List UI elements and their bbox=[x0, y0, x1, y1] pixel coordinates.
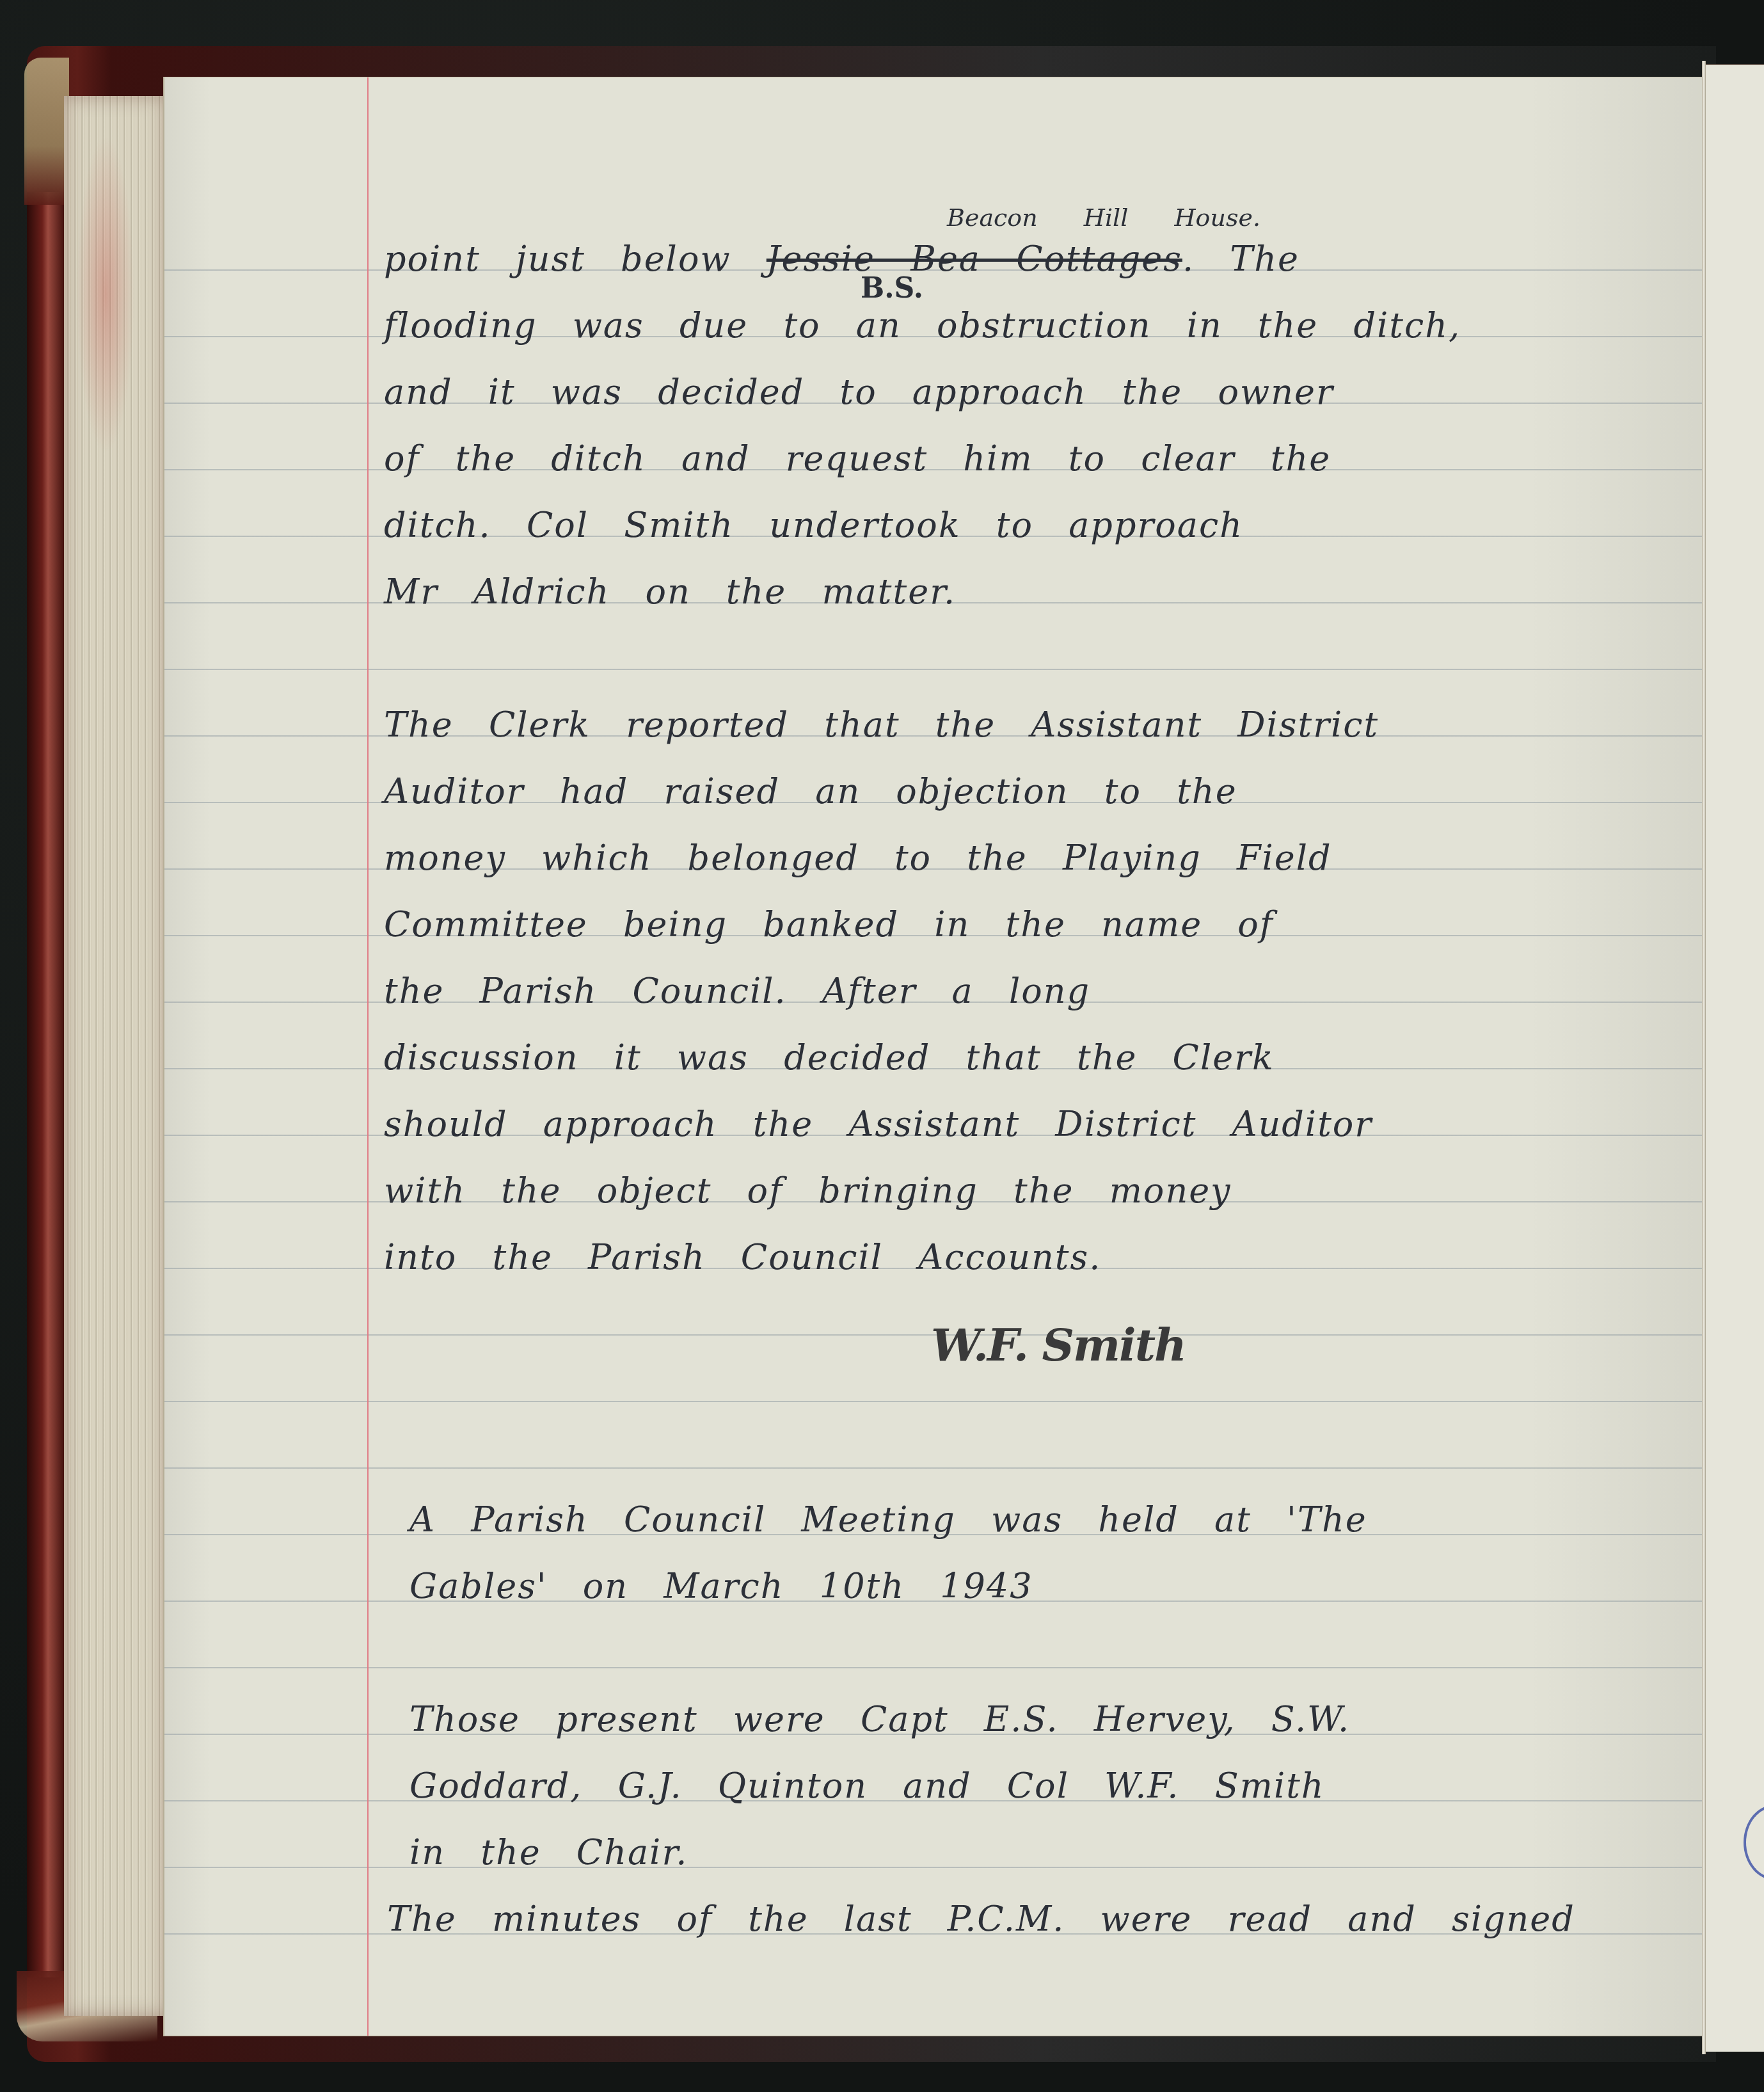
facing-page-edge bbox=[1706, 64, 1764, 2052]
minutes-line: The minutes of the last P.C.M. were read… bbox=[387, 1902, 1575, 1936]
attendance-line: in the Chair. bbox=[409, 1835, 688, 1870]
first-line-after: . The bbox=[1182, 239, 1299, 279]
meeting-line: A Parish Council Meeting was held at 'Th… bbox=[409, 1503, 1367, 1537]
text-line: into the Parish Council Accounts. bbox=[384, 1240, 1101, 1275]
first-line-before: point just below bbox=[384, 239, 731, 279]
text-line: should approach the Assistant District A… bbox=[384, 1107, 1372, 1142]
chairman-signature: W.F. Smith bbox=[931, 1318, 1186, 1371]
page-block-edges bbox=[64, 96, 166, 2016]
text-line: discussion it was decided that the Clerk bbox=[384, 1041, 1275, 1075]
text-line: flooding was due to an obstruction in th… bbox=[384, 308, 1461, 343]
text-line: The Clerk reported that the Assistant Di… bbox=[384, 708, 1379, 742]
red-margin-rule bbox=[367, 77, 369, 2036]
meeting-line: Gables' on March 10th 1943 bbox=[409, 1569, 1033, 1604]
text-line: with the object of bringing the money bbox=[384, 1174, 1232, 1208]
attendance-line: Those present were Capt E.S. Hervey, S.W… bbox=[409, 1702, 1350, 1737]
text-line: of the ditch and request him to clear th… bbox=[384, 442, 1331, 476]
handwritten-insertion: Beacon Hill House. bbox=[947, 204, 1260, 232]
text-line: Auditor had raised an objection to the bbox=[384, 774, 1237, 809]
text-line: money which belonged to the Playing Fiel… bbox=[384, 841, 1332, 875]
worn-cover-corner-top bbox=[24, 58, 69, 205]
attendance-line: Goddard, G.J. Quinton and Col W.F. Smith bbox=[409, 1769, 1325, 1803]
text-line-first: point just below Jessie Bea Cottages. Th… bbox=[384, 242, 1299, 276]
text-line: ditch. Col Smith undertook to approach bbox=[384, 508, 1243, 543]
struck-through-text: Jessie Bea Cottages bbox=[767, 239, 1182, 279]
text-line: Committee being banked in the name of bbox=[384, 907, 1274, 942]
text-line: Mr Aldrich on the matter. bbox=[384, 575, 956, 609]
cover-spine-edge bbox=[27, 192, 65, 1977]
text-line: and it was decided to approach the owner bbox=[384, 375, 1334, 410]
text-line: the Parish Council. After a long bbox=[384, 974, 1090, 1009]
